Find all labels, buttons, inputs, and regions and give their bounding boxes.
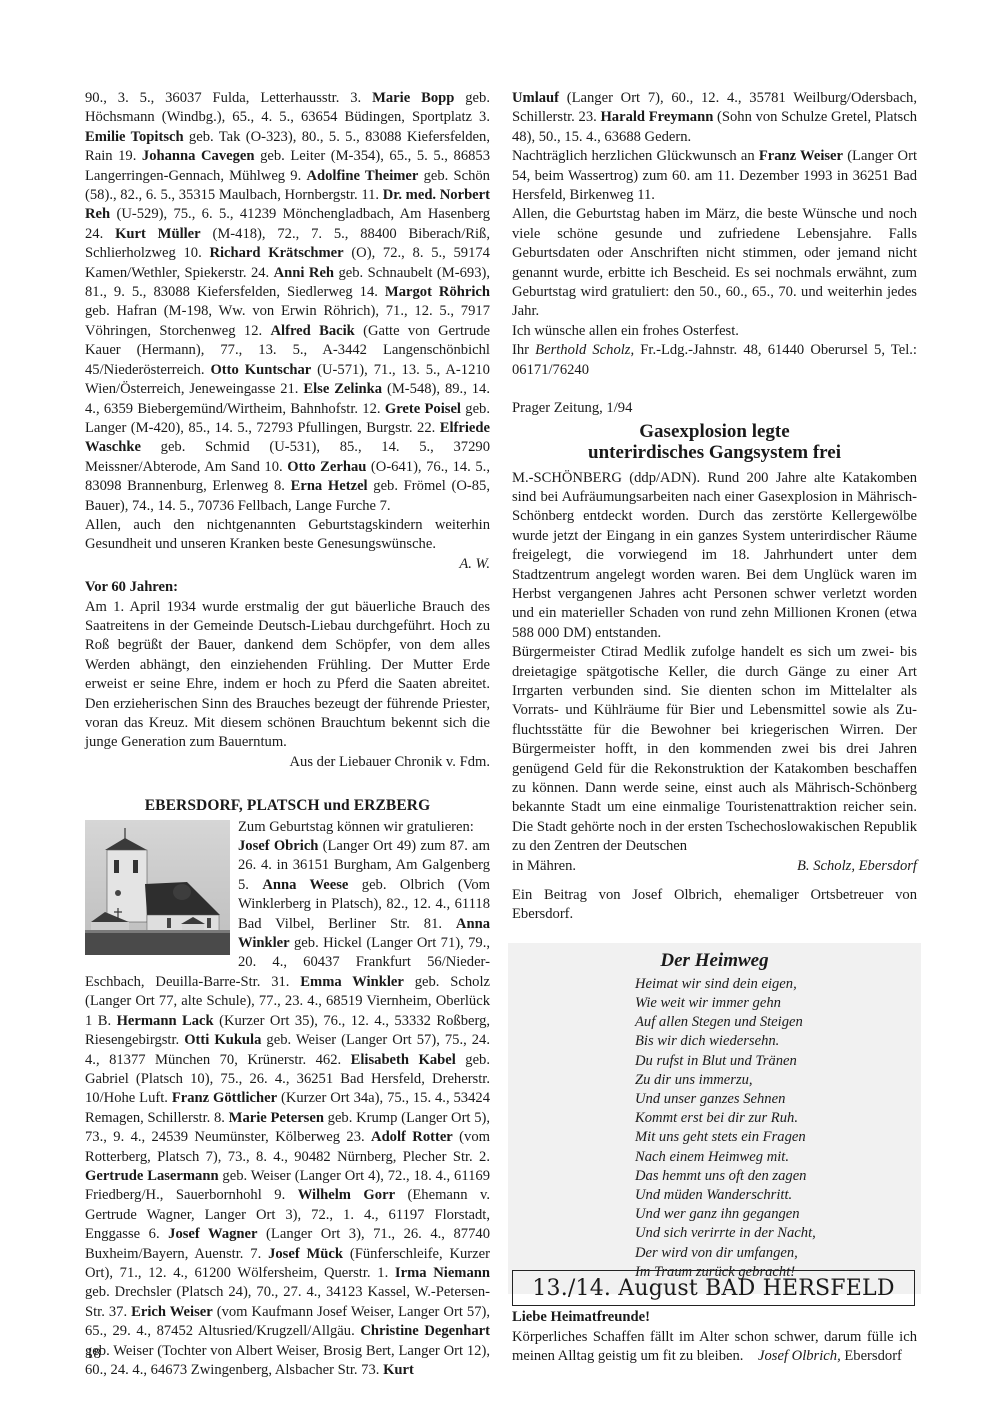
person-name: Kurt Müller: [115, 226, 201, 242]
person-name: Josef Mück: [268, 1246, 343, 1262]
person-name: Otti Kukula: [184, 1032, 261, 1048]
person-name: Else Zelinka: [303, 381, 382, 397]
poem-line: Und sich verirrte in der Nacht,: [635, 1224, 921, 1243]
person-name: Otto Zerhau: [287, 459, 366, 475]
event-banner: 13./14. August BAD HERSFELD: [512, 1270, 915, 1306]
person-name: Grete Poisel: [385, 401, 461, 417]
church-photo-image: [85, 820, 230, 955]
headline-line-2: unterirdisches Gangsystem frei: [512, 442, 917, 463]
article-paragraph-1: M.-SCHÖNBERG (ddp/ADN). Rund 200 Jahre a…: [512, 469, 917, 644]
poem-line: Mit uns geht stets ein Fragen: [635, 1128, 921, 1147]
sender-name: Berthold Scholz,: [535, 342, 634, 358]
poem-line: Auf allen Stegen und Steigen: [635, 1013, 921, 1032]
person-name: Emilie Topitsch: [85, 129, 184, 145]
poem-line: Zu dir uns immerzu,: [635, 1071, 921, 1090]
letter-author: Josef Olbrich,: [758, 1348, 841, 1364]
person-name: Otto Kuntschar: [210, 362, 311, 378]
person-name: Franz Göttlicher: [172, 1090, 277, 1106]
person-name: Franz Weiser: [759, 148, 843, 164]
article-headline: Gasexplosion legte unterirdisches Gangsy…: [512, 421, 917, 463]
poem-line: Kommt erst bei dir zur Ruh.: [635, 1109, 921, 1128]
easter-greeting: Ich wünsche allen ein frohes Osterfest.: [512, 322, 917, 341]
poem-line: Der wird von dir umfangen,: [635, 1244, 921, 1263]
person-name: Harald Freymann: [600, 109, 713, 125]
poem-line: Heimat wir sind dein eigen,: [635, 975, 921, 994]
article-paragraph-2: Bürgermeister Ctirad Medlik zufolge hand…: [512, 643, 917, 856]
article-signature-line: in Mähren. B. Scholz, Ebersdorf: [512, 857, 917, 876]
person-name: Er­ich Weiser: [131, 1304, 213, 1320]
sender-prefix: Ihr: [512, 342, 535, 358]
person-name: Irma Niemann: [395, 1265, 490, 1281]
belated-wishes: Nachträglich herzlichen Glückwunsch an F…: [512, 147, 917, 205]
vor60-body: Am 1. April 1934 wurde erstmalig der gut…: [85, 598, 490, 753]
letter-place: Ebersdorf: [841, 1348, 902, 1364]
person-name: Erna Hetzel: [291, 478, 368, 494]
person-name: Marie Bopp: [372, 90, 454, 106]
poem-line: Du rufst in Blut und Tränen: [635, 1052, 921, 1071]
person-name: Johanna Cavegen: [142, 148, 255, 164]
letter-body: Körperliches Schaffen fällt im Alter sch…: [512, 1328, 917, 1367]
person-name: Alfred Ba­cik: [271, 323, 355, 339]
right-column: Umlauf (Langer Ort 7), 60., 12. 4., 3578…: [512, 89, 917, 1366]
headline-line-1: Gasexplosion legte: [512, 421, 917, 442]
person-name: Elisabeth Kabel: [351, 1052, 456, 1068]
birthday-list-may: 90., 3. 5., 36037 Fulda, Letterhausstr. …: [85, 89, 490, 516]
march-note: Allen, die Geburtstag haben im März, die…: [512, 205, 917, 321]
person-name: Christine Degenhart: [360, 1323, 490, 1339]
closing-signature: A. W.: [85, 555, 490, 574]
vor60-heading: Vor 60 Jahren:: [85, 578, 490, 597]
poem-line: Nach einem Heimweg mit.: [635, 1148, 921, 1167]
left-column: 90., 3. 5., 36037 Fulda, Letterhausstr. …: [85, 89, 490, 1380]
person-name: Gertrude Lasermann: [85, 1168, 219, 1184]
poem-line: Bis wir dich wiedersehn.: [635, 1032, 921, 1051]
person-name: Marie Petersen: [229, 1110, 324, 1126]
ebersdorf-heading: EBERSDORF, PLATSCH und ERZBERG: [85, 796, 490, 815]
person-name: Emma Winkler: [300, 974, 404, 990]
poem-line: Und müden Wanderschritt.: [635, 1186, 921, 1205]
poem-line: Das hemmt uns oft den zagen: [635, 1167, 921, 1186]
article-last-line: in Mähren.: [512, 857, 576, 876]
person-name: Anni Reh: [274, 265, 334, 281]
poem-title: Der Heimweg: [508, 949, 921, 973]
poem-line: Und wer ganz ihn gegangen: [635, 1205, 921, 1224]
church-photo: [85, 820, 230, 955]
poem-line: Und unser ganzes Sehnen: [635, 1090, 921, 1109]
person-name: Margot Röhrich: [385, 284, 490, 300]
person-name: Anna Weese: [262, 877, 348, 893]
person-name: Adolf Rotter: [371, 1129, 453, 1145]
contribution-note: Ein Beitrag von Josef Olbrich, ehemalige…: [512, 886, 917, 925]
article-source: Prager Zeitung, 1/94: [512, 399, 917, 418]
person-name: Kurt: [383, 1362, 414, 1378]
letter-heading: Liebe Heimatfreunde!: [512, 1308, 917, 1327]
poem-box: Der Heimweg Heimat wir sind dein eigen,W…: [508, 943, 921, 1294]
birthday-list-continued: Umlauf (Langer Ort 7), 60., 12. 4., 3578…: [512, 89, 917, 147]
article-signature: B. Scholz, Ebersdorf: [797, 857, 917, 876]
closing-wishes: Allen, auch den nichtgenannten Geburtsta…: [85, 516, 490, 555]
person-name: Adolfine Theimer: [306, 168, 418, 184]
person-name: Umlauf: [512, 90, 559, 106]
sender-block: Ihr Berthold Scholz, Fr.-Ldg.-Jahnstr. 4…: [512, 341, 917, 380]
person-name: Josef Wagner: [168, 1226, 257, 1242]
poem-line: Wie weit wir immer gehn: [635, 994, 921, 1013]
poem-lines: Heimat wir sind dein eigen,Wie weit wir …: [635, 975, 921, 1282]
person-name: Josef Obrich: [238, 838, 318, 854]
page-number: 18: [86, 1346, 101, 1363]
person-name: Wilhelm Gorr: [298, 1187, 395, 1203]
person-name: Richard Krätschmer: [209, 245, 343, 261]
vor60-source: Aus der Liebauer Chronik v. Fdm.: [85, 753, 490, 772]
person-name: Hermann Lack: [117, 1013, 214, 1029]
